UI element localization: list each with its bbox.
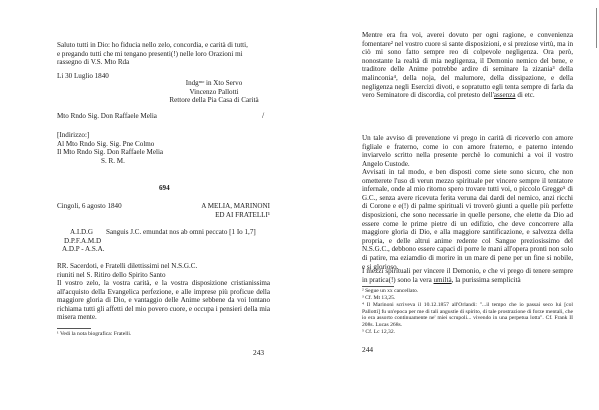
text: , la purissima semplicità [452,276,521,284]
signature-line: Indgᵐᵒ in Xto Servo [159,79,269,88]
page-number: 243 [253,349,264,358]
footnote: ³ Cf. Mt 13,25. [362,295,395,302]
slash-mark: / [262,111,264,120]
abbreviation: A.D.P - A.S.A. [62,245,105,254]
recipient-line: Mto Rndo Sig. Don Raffaele Melia [57,112,157,121]
text: Mentre era fra voi, averei dovuto per og… [362,31,573,99]
page-edge-shadow [596,8,597,48]
text-line: e pregando tutti che mi tengano presenti… [57,50,248,59]
addressee-line: A MELIA, MARINONI [160,202,270,211]
paragraph-4: I mezzi spirituali per vincere il Demoni… [362,267,573,284]
right-page-244: Mentre era fra voi, averei dovuto per og… [300,0,599,410]
abbreviations-block: A.I.D.G D.P.F.A.M.D A.D.P - A.S.A. [62,228,105,254]
salutation-line: RR. Sacerdoti, e Fratelli dilettissimi n… [57,262,197,271]
underlined-text: umiltà [434,276,452,284]
body-paragraph: Il vostro zelo, la vostra carità, e la v… [57,279,270,322]
salutation-line: riuniti nel S. Ritiro dello Spirito Sant… [57,271,197,280]
page-number: 244 [362,346,373,355]
addressee-line: ED AI FRATELLI¹ [160,211,270,220]
footnote-rule [362,286,394,287]
address-line: Il Mto Rndo Sig. Don Raffaele Melia [57,148,163,157]
paragraph-2: Un tale avviso di prevenzione vi prego i… [362,134,573,168]
left-page-243: Saluto tutti in Dio: ho fiducia nello ze… [0,0,299,410]
letter-date: Li 30 Luglio 1840 [57,72,109,81]
text-line: rassegno di V.S. Mto Rda [57,58,248,67]
address-block: [Indirizzo:] Al Mto Rndo Sig. Sig. Pne C… [57,131,163,165]
signature-block: Indgᵐᵒ in Xto Servo Vincenzo Pallotti Re… [159,79,269,105]
abbreviation: D.P.F.A.M.D [62,237,105,246]
closing-paragraph: Saluto tutti in Dio: ho fiducia nello ze… [57,41,248,67]
letter-number: 694 [159,184,170,193]
text: di etc. [516,91,535,99]
address-line: S. R. M. [57,157,163,166]
addressee: A MELIA, MARINONI ED AI FRATELLI¹ [160,202,270,219]
footnote: ⁴ Il Marinoni scriveva il 10.12.1857 all… [362,302,573,328]
place-date: Cingoli, 6 agosto 1840 [57,202,122,211]
footnote: ² Segue un xx cancellato. [362,288,418,295]
salutation: RR. Sacerdoti, e Fratelli dilettissimi n… [57,262,197,279]
footnote-rule [57,328,91,329]
paragraph-3: Avvisati in tal modo, e ben disposti com… [362,168,573,271]
text-line: Saluto tutti in Dio: ho fiducia nello ze… [57,41,248,50]
address-line: Al Mto Rndo Sig. Sig. Pne Colmo [57,140,163,149]
address-label: [Indirizzo:] [57,131,163,140]
epigraph: Sanguis J.C. emundat nos ab omni peccato… [106,228,256,237]
signature-name: Vincenzo Pallotti [159,88,269,97]
underlined-text: assenza [494,91,516,99]
footnote: ⁵ Cf. Lc 12,32. [362,329,395,336]
signature-title: Rettore della Pia Casa di Carità [159,96,269,105]
abbreviation: A.I.D.G [62,228,105,237]
paragraph-1: Mentre era fra voi, averei dovuto per og… [362,31,573,100]
footnote: ¹ Vedi la nota biografica: Fratelli. [57,331,131,338]
